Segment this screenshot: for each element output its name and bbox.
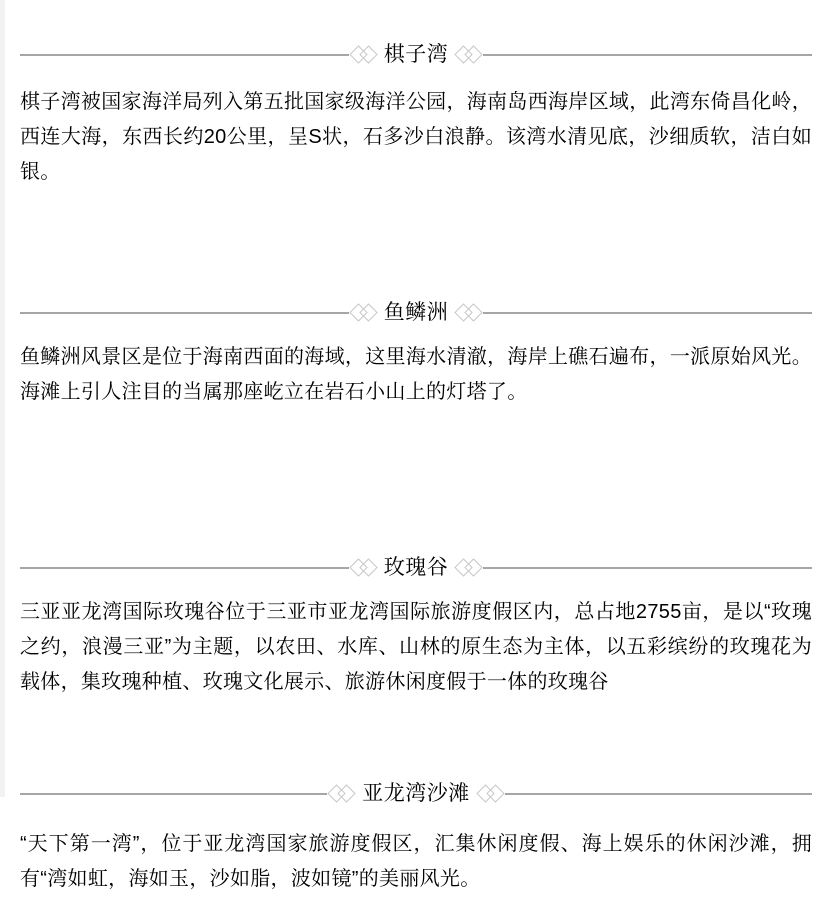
section-title: 玫瑰谷 [384,554,449,582]
section-qiziwan: 棋子湾 棋子湾被国家海洋局列入第五批国家级海洋公园，海南岛西海岸区域，此湾东倚昌… [20,39,812,190]
section-paragraph: “天下第一湾”，位于亚龙湾国家旅游度假区，汇集休闲度假、海上娱乐的休闲沙滩，拥有… [20,827,812,897]
section-header: 棋子湾 [20,39,812,71]
divider-line [505,793,812,795]
left-edge-strip [0,0,5,797]
divider-line [20,312,349,314]
divider-line [20,567,349,569]
double-diamond-icon [349,45,378,65]
section-paragraph: 三亚亚龙湾国际玫瑰谷位于三亚市亚龙湾国际旅游度假区内，总占地2755亩，是以“玫… [20,595,812,700]
section-title: 鱼鳞洲 [384,299,449,327]
section-meiguigu: 玫瑰谷 三亚亚龙湾国际玫瑰谷位于三亚市亚龙湾国际旅游度假区内，总占地2755亩，… [20,552,812,700]
double-diamond-icon [454,303,483,323]
section-header: 玫瑰谷 [20,552,812,584]
section-yalongwan-beach: 亚龙湾沙滩 “天下第一湾”，位于亚龙湾国家旅游度假区，汇集休闲度假、海上娱乐的休… [20,778,812,897]
double-diamond-icon [454,45,483,65]
divider-line [20,793,327,795]
section-header: 鱼鳞洲 [20,297,812,329]
section-title: 亚龙湾沙滩 [362,780,470,808]
divider-line [483,54,812,56]
double-diamond-icon [327,784,356,804]
double-diamond-icon [349,558,378,578]
section-header: 亚龙湾沙滩 [20,778,812,810]
section-paragraph: 棋子湾被国家海洋局列入第五批国家级海洋公园，海南岛西海岸区域，此湾东倚昌化岭，西… [20,85,812,190]
divider-line [483,312,812,314]
divider-line [483,567,812,569]
section-yulinzhou: 鱼鳞洲 鱼鳞洲风景区是位于海南西面的海域，这里海水清澈，海岸上礁石遍布，一派原始… [20,297,812,410]
double-diamond-icon [349,303,378,323]
double-diamond-icon [476,784,505,804]
section-title: 棋子湾 [384,41,449,69]
document-content: 棋子湾 棋子湾被国家海洋局列入第五批国家级海洋公园，海南岛西海岸区域，此湾东倚昌… [0,39,825,897]
section-paragraph: 鱼鳞洲风景区是位于海南西面的海域，这里海水清澈，海岸上礁石遍布，一派原始风光。海… [20,340,812,410]
double-diamond-icon [454,558,483,578]
divider-line [20,54,349,56]
